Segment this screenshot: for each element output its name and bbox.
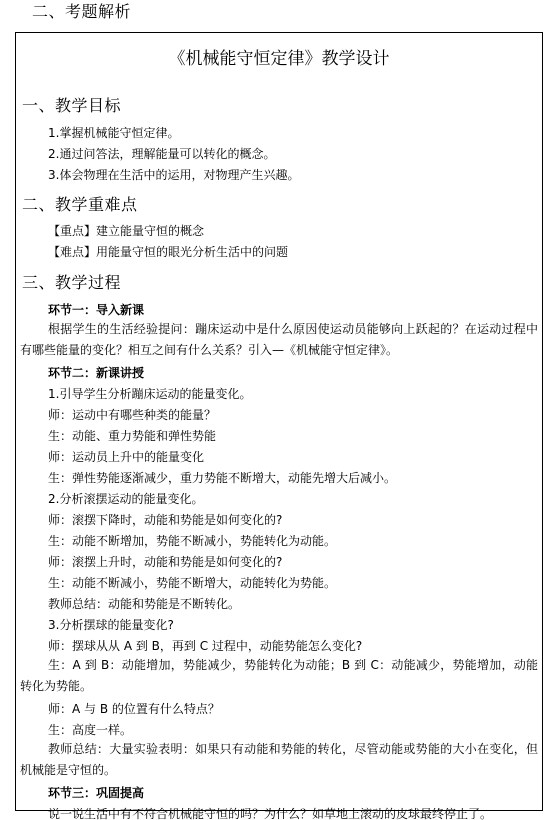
dialogue-line: 生：动能不断减小，势能不断增大，动能转化为势能。 — [48, 574, 336, 592]
goal-item: 3.体会物理在生活中的运用，对物理产生兴趣。 — [48, 166, 299, 184]
dialogue-line: 师：摆球从从 A 到 B，再到 C 过程中，动能势能怎么变化? — [48, 637, 362, 655]
dialogue-line: 师：运动中有哪些种类的能量？ — [48, 406, 216, 424]
goal-item: 2.通过问答法，理解能量可以转化的概念。 — [48, 145, 275, 163]
difficulty-item: 【难点】用能量守恒的眼光分析生活中的问题 — [48, 243, 288, 261]
dialogue-line: 师：A 与 B 的位置有什么特点？ — [48, 700, 220, 718]
goal-item: 1.掌握机械能守恒定律。 — [48, 124, 179, 142]
key-point-item: 【重点】建立能量守恒的概念 — [48, 222, 204, 240]
dialogue-paragraph: 生：A 到 B：动能增加，势能减少，势能转化为动能；B 到 C：动能减少，势能增… — [20, 655, 538, 697]
dialogue-line: 生：高度一样。 — [48, 721, 132, 739]
dialogue-line: 1.引导学生分析蹦床运动的能量变化。 — [48, 385, 251, 403]
teacher-summary-paragraph: 教师总结：大量实验表明：如果只有动能和势能的转化，尽管动能或势能的大小在变化，但… — [20, 739, 538, 781]
dialogue-line: 师：滚摆上升时，动能和势能是如何变化的? — [48, 553, 282, 571]
document-title: 《机械能守恒定律》教学设计 — [16, 47, 542, 71]
section-heading-key-points: 二、教学重难点 — [22, 194, 138, 216]
lesson-plan-box: 《机械能守恒定律》教学设计 一、教学目标 1.掌握机械能守恒定律。 2.通过问答… — [15, 32, 543, 811]
dialogue-line: 2.分析滚摆运动的能量变化。 — [48, 490, 203, 508]
page-heading: 二、考题解析 — [32, 2, 131, 22]
dialogue-line: 生：动能、重力势能和弹性势能 — [48, 427, 216, 445]
stage-3-title: 环节三：巩固提高 — [48, 784, 144, 802]
stage-2-title: 环节二：新课讲授 — [48, 364, 144, 382]
dialogue-line: 3.分析摆球的能量变化? — [48, 616, 174, 634]
dialogue-line: 教师总结：动能和势能是不断转化。 — [48, 595, 240, 613]
dialogue-line: 生：动能不断增加，势能不断减小，势能转化为动能。 — [48, 532, 336, 550]
section-heading-process: 三、教学过程 — [22, 272, 121, 294]
stage-3-text: 说一说生活中有不符合机械能守恒的吗？为什么？如草地上滚动的皮球最终停止了。 — [48, 805, 492, 820]
section-heading-goals: 一、教学目标 — [22, 95, 121, 117]
dialogue-line: 师：运动员上升中的能量变化 — [48, 448, 204, 466]
dialogue-line: 生：弹性势能逐渐减少，重力势能不断增大，动能先增大后减小。 — [48, 469, 396, 487]
dialogue-line: 师：滚摆下降时，动能和势能是如何变化的? — [48, 511, 282, 529]
stage-1-text: 根据学生的生活经验提问：蹦床运动中是什么原因使运动员能够向上跃起的？在运动过程中… — [20, 319, 538, 361]
stage-1-title: 环节一：导入新课 — [48, 301, 144, 319]
